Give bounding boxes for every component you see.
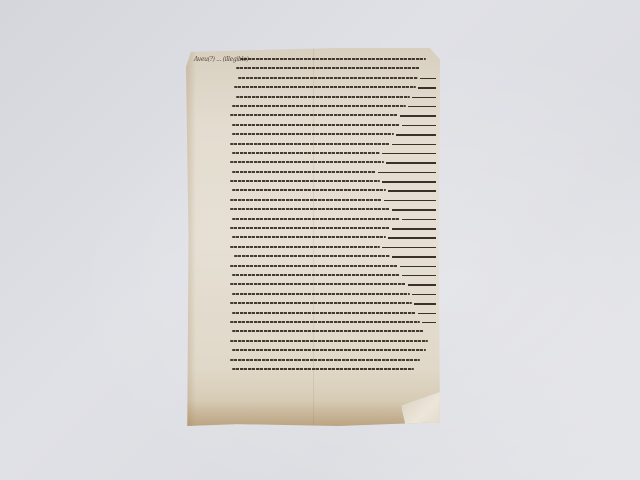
- handwritten-text-block: [230, 54, 436, 373]
- handwritten-line: [230, 54, 436, 63]
- handwritten-line: [230, 317, 436, 326]
- handwritten-line: [230, 298, 436, 307]
- ink-stroke: [230, 246, 380, 248]
- ink-stroke: [236, 96, 410, 98]
- line-filler-dash: [412, 97, 436, 99]
- handwritten-line: [230, 148, 436, 157]
- handwritten-line: [230, 176, 436, 185]
- ink-stroke: [230, 283, 406, 285]
- ink-stroke: [230, 199, 382, 201]
- line-filler-dash: [382, 181, 436, 183]
- line-filler-dash: [420, 78, 436, 80]
- handwritten-line: [230, 326, 436, 335]
- ink-stroke: [232, 349, 426, 351]
- line-filler-dash: [378, 172, 436, 174]
- line-filler-dash: [392, 209, 436, 211]
- folded-corner: [401, 392, 440, 426]
- ink-stroke: [232, 152, 380, 154]
- line-filler-dash: [382, 247, 436, 249]
- line-filler-dash: [412, 294, 436, 296]
- handwritten-line: [230, 139, 436, 148]
- ink-stroke: [234, 255, 390, 257]
- line-filler-dash: [388, 237, 436, 239]
- handwritten-line: [230, 101, 436, 110]
- ink-stroke: [230, 208, 390, 210]
- line-filler-dash: [386, 162, 436, 164]
- line-filler-dash: [382, 153, 436, 155]
- ink-stroke: [232, 236, 386, 238]
- line-filler-dash: [392, 228, 436, 230]
- ink-stroke: [236, 67, 420, 69]
- ink-stroke: [230, 143, 390, 145]
- line-filler-dash: [402, 125, 436, 127]
- ink-stroke: [230, 265, 398, 267]
- ink-stroke: [232, 312, 416, 314]
- ink-stroke: [232, 330, 424, 332]
- line-filler-dash: [402, 219, 436, 221]
- manuscript-page: Aveu(?) ... (illegible): [186, 48, 440, 426]
- ink-stroke: [234, 86, 416, 88]
- handwritten-line: [230, 270, 436, 279]
- line-filler-dash: [396, 134, 436, 136]
- line-filler-dash: [392, 256, 436, 258]
- ink-stroke: [232, 218, 400, 220]
- ink-stroke: [232, 368, 414, 370]
- line-filler-dash: [384, 200, 436, 202]
- ink-stroke: [230, 340, 428, 342]
- handwritten-line: [230, 251, 436, 260]
- handwritten-line: [230, 289, 436, 298]
- handwritten-line: [230, 120, 436, 129]
- line-filler-dash: [402, 275, 436, 277]
- ink-stroke: [230, 359, 420, 361]
- handwritten-line: [230, 232, 436, 241]
- handwritten-line: [230, 242, 436, 251]
- handwritten-line: [230, 110, 436, 119]
- handwritten-line: [230, 73, 436, 82]
- line-filler-dash: [422, 322, 436, 324]
- handwritten-line: [230, 167, 436, 176]
- ink-stroke: [238, 77, 418, 79]
- ink-stroke: [232, 274, 400, 276]
- ink-stroke: [230, 114, 398, 116]
- line-filler-dash: [414, 303, 436, 305]
- handwritten-line: [230, 355, 436, 364]
- line-filler-dash: [400, 115, 436, 117]
- handwritten-line: [230, 279, 436, 288]
- handwritten-line: [230, 223, 436, 232]
- ink-stroke: [232, 171, 376, 173]
- line-filler-dash: [392, 144, 436, 146]
- handwritten-line: [230, 345, 436, 354]
- line-filler-dash: [388, 190, 436, 192]
- handwritten-line: [230, 308, 436, 317]
- handwritten-line: [230, 82, 436, 91]
- line-filler-dash: [400, 266, 436, 268]
- handwritten-line: [230, 214, 436, 223]
- line-filler-dash: [408, 106, 436, 108]
- handwritten-line: [230, 157, 436, 166]
- ink-stroke: [240, 58, 426, 60]
- line-filler-dash: [408, 284, 436, 286]
- ink-stroke: [232, 293, 410, 295]
- handwritten-line: [230, 336, 436, 345]
- ink-stroke: [230, 302, 412, 304]
- ink-stroke: [232, 105, 406, 107]
- ink-stroke: [232, 124, 400, 126]
- handwritten-line: [230, 129, 436, 138]
- line-filler-dash: [418, 87, 436, 89]
- handwritten-line: [230, 364, 436, 373]
- ink-stroke: [230, 180, 380, 182]
- handwritten-line: [230, 92, 436, 101]
- handwritten-line: [230, 63, 436, 72]
- handwritten-line: [230, 261, 436, 270]
- ink-stroke: [230, 161, 384, 163]
- ink-stroke: [232, 133, 394, 135]
- ink-stroke: [230, 227, 390, 229]
- handwritten-line: [230, 185, 436, 194]
- handwritten-line: [230, 204, 436, 213]
- ink-stroke: [232, 189, 386, 191]
- ink-stroke: [230, 321, 420, 323]
- line-filler-dash: [418, 313, 436, 315]
- handwritten-line: [230, 195, 436, 204]
